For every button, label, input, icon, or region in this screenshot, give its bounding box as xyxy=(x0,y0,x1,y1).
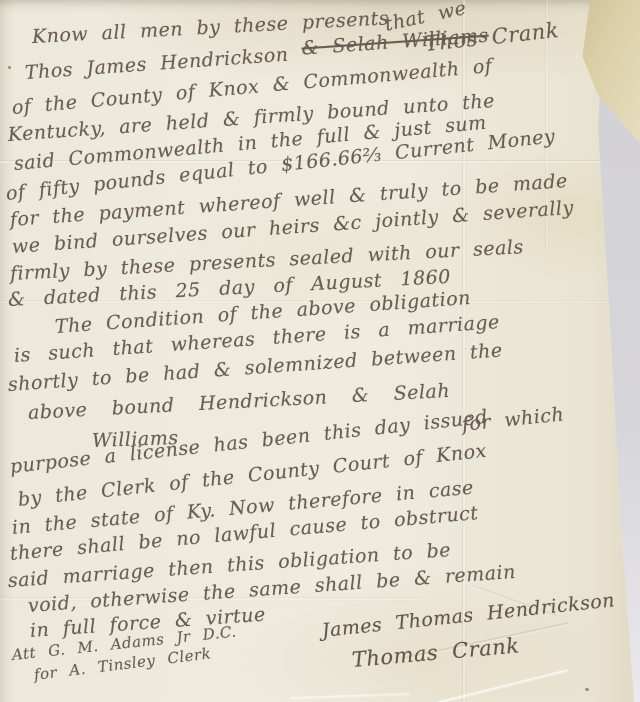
scratch-highlight xyxy=(290,693,410,700)
paper-sheet: Know all men by these presents that we T… xyxy=(0,0,640,702)
scratch-highlight xyxy=(432,669,569,702)
ink-speck xyxy=(8,66,11,69)
signature-crank: Thomas Crank xyxy=(351,633,520,672)
document-scan: Know all men by these presents that we T… xyxy=(0,0,640,702)
ink-speck xyxy=(585,688,589,691)
